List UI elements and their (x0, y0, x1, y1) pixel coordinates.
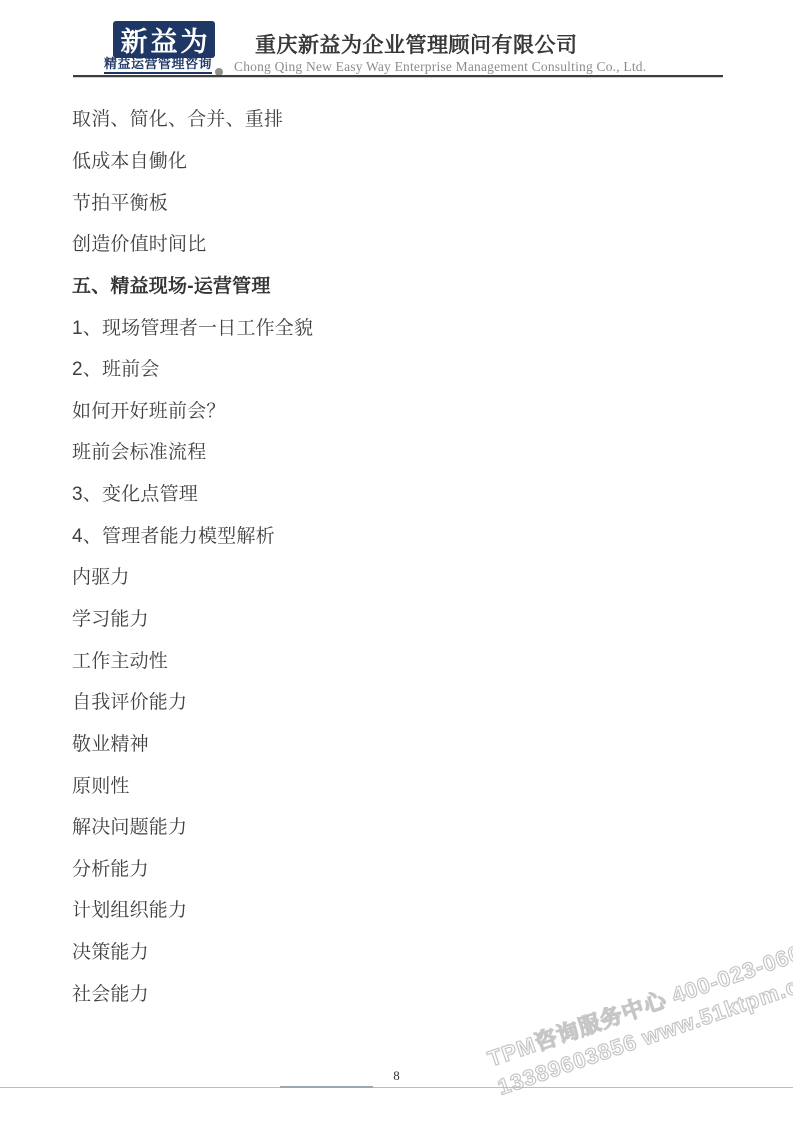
document-body: 取消、简化、合并、重排低成本自働化节拍平衡板创造价值时间比五、精益现场-运营管理… (72, 97, 763, 1013)
paragraph: 创造价值时间比 (72, 222, 763, 264)
paragraph: 1、现场管理者一日工作全貌 (72, 305, 763, 347)
paragraph: 工作主动性 (72, 638, 763, 680)
paragraph: 取消、简化、合并、重排 (72, 97, 763, 139)
paragraph: 计划组织能力 (72, 888, 763, 930)
company-name-block: 重庆新益为企业管理顾问有限公司 Chong Qing New Easy Way … (234, 34, 646, 75)
page-number: 8 (0, 1068, 793, 1084)
paragraph: 原则性 (72, 763, 763, 805)
paragraph: 分析能力 (72, 847, 763, 889)
paragraph: 如何开好班前会？ (72, 388, 763, 430)
logo-mark-text: 新益为 (121, 20, 211, 59)
footer-divider-accent (280, 1086, 373, 1088)
paragraph: 决策能力 (72, 930, 763, 972)
header-divider (73, 75, 723, 78)
paragraph: 敬业精神 (72, 722, 763, 764)
paragraph: 自我评价能力 (72, 680, 763, 722)
company-name-en: Chong Qing New Easy Way Enterprise Manag… (234, 59, 646, 75)
document-page: 新益为 精益运营管理咨询 重庆新益为企业管理顾问有限公司 Chong Qing … (0, 0, 793, 1122)
paragraph: 3、变化点管理 (72, 472, 763, 514)
paragraph: 班前会标准流程 (72, 430, 763, 472)
paragraph: 内驱力 (72, 555, 763, 597)
paragraph: 解决问题能力 (72, 805, 763, 847)
company-name-cn: 重庆新益为企业管理顾问有限公司 (234, 34, 646, 58)
company-logo: 新益为 (113, 21, 215, 58)
paragraph: 低成本自働化 (72, 139, 763, 181)
paragraph: 2、班前会 (72, 347, 763, 389)
paragraph: 社会能力 (72, 971, 763, 1013)
paragraph: 五、精益现场-运营管理 (72, 264, 763, 306)
paragraph: 学习能力 (72, 597, 763, 639)
paragraph: 4、管理者能力模型解析 (72, 513, 763, 555)
logo-slogan: 精益运营管理咨询 (104, 57, 212, 74)
logo-slogan-text: 精益运营管理咨询 (104, 56, 212, 71)
paragraph: 节拍平衡板 (72, 180, 763, 222)
footer-divider (0, 1087, 793, 1088)
